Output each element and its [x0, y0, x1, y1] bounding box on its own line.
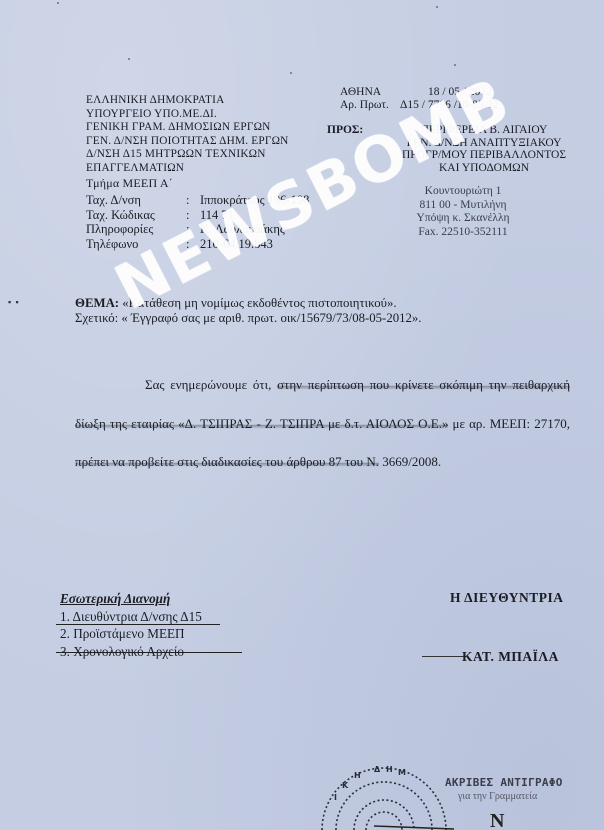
- svg-text:Μ: Μ: [398, 768, 406, 777]
- subject-label: ΘΕΜΑ:: [75, 296, 119, 310]
- strike-line: [56, 652, 242, 653]
- punch-mark: ▪ ▪: [8, 297, 20, 307]
- issuer-line: ΕΠΑΓΓΕΛΜΑΤΙΩΝ: [86, 162, 289, 176]
- address-label: Ταχ. Δ/νση: [86, 193, 186, 208]
- body-segment: 3669/2008.: [379, 454, 441, 469]
- recipient-address-line: 811 00 - Μυτιλήνη: [375, 199, 551, 213]
- distribution-title: Εσωτερική Διανομή: [60, 590, 202, 608]
- issuer-line: ΕΛΛΗΝΙΚΗ ΔΗΜΟΚΡΑΤΙΑ: [86, 94, 289, 108]
- issuer-line: ΥΠΟΥΡΓΕΙΟ ΥΠΟ.ΜΕ.ΔΙ.: [86, 108, 289, 122]
- svg-text:Η: Η: [386, 765, 393, 774]
- signatory-title: Η ΔΙΕΥΘΥΝΤΡΙΑ: [450, 590, 564, 606]
- body-segment: με αρ. ΜΕΕΠ: 27170,: [448, 416, 570, 431]
- signatory-name: ΚΑΤ. ΜΠΑΪΛΑ: [462, 649, 559, 665]
- certified-copy-stamp: ΑΚΡΙΒΕΣ ΑΝΤΙΓΡΑΦΟ: [445, 776, 563, 789]
- recipient-address: Κουντουριώτη 1 811 00 - Μυτιλήνη Υπόψη κ…: [375, 185, 551, 239]
- svg-text:Ι: Ι: [334, 793, 337, 802]
- recipient-fax: Fax. 22510-352111: [375, 226, 551, 240]
- body-segment: Σας ενημερώνουμε ότι,: [145, 377, 277, 392]
- paper-speck: [454, 64, 456, 66]
- issuer-line: ΓΕΝ. Δ/ΝΣΗ ΠΟΙΟΤΗΤΑΣ ΔΗΜ. ΕΡΓΩΝ: [86, 135, 289, 149]
- highlighted-segment: πρέπει να προβείτε στις διαδικασίες του …: [75, 454, 379, 469]
- recipient-address-line: Υπόψη κ. Σκανέλλη: [375, 212, 551, 226]
- issuer-block: ΕΛΛΗΝΙΚΗ ΔΗΜΟΚΡΑΤΙΑ ΥΠΟΥΡΓΕΙΟ ΥΠΟ.ΜΕ.ΔΙ.…: [86, 94, 289, 190]
- distribution-item: 3. Χρονολογικό Αρχείο: [60, 643, 202, 661]
- initial-signature: Ν: [490, 810, 504, 830]
- paper-speck: [290, 72, 292, 74]
- official-seal-icon: ΙΚΗ ΔΗΜ: [314, 750, 454, 830]
- reference-text: « Έγγραφό σας με αριθ. πρωτ. οικ/15679/7…: [121, 311, 421, 325]
- issuer-line: ΓΕΝΙΚΗ ΓΡΑΜ. ΔΗΜΟΣΙΩΝ ΕΡΓΩΝ: [86, 121, 289, 135]
- signature-line: [422, 656, 466, 657]
- certified-copy-subtitle: για την Γραμματεία: [458, 791, 537, 802]
- reference-label: Σχετικό:: [75, 311, 118, 325]
- city-label: ΑΘΗΝΑ: [340, 86, 400, 99]
- svg-text:Δ: Δ: [374, 765, 381, 774]
- paper-speck: [128, 58, 130, 60]
- protocol-label: Αρ. Πρωτ.: [340, 99, 400, 112]
- paper-speck: [57, 2, 59, 4]
- svg-text:Η: Η: [354, 771, 361, 780]
- internal-distribution: Εσωτερική Διανομή 1. Διευθύντρια Δ/νσης …: [60, 590, 202, 660]
- paper-speck: [436, 6, 438, 8]
- body-paragraph: Σας ενημερώνουμε ότι, στην περίπτωση που…: [75, 366, 570, 482]
- distribution-item: 1. Διευθύντρια Δ/νσης Δ15: [60, 608, 202, 626]
- postal-code-label: Ταχ. Κώδικας: [86, 208, 186, 223]
- distribution-item: 2. Προϊστάμενο ΜΕΕΠ: [60, 625, 202, 643]
- issuer-line: Δ/ΝΣΗ Δ15 ΜΗΤΡΩΩΝ ΤΕΧΝΙΚΩΝ: [86, 148, 289, 162]
- svg-text:Κ: Κ: [342, 781, 349, 790]
